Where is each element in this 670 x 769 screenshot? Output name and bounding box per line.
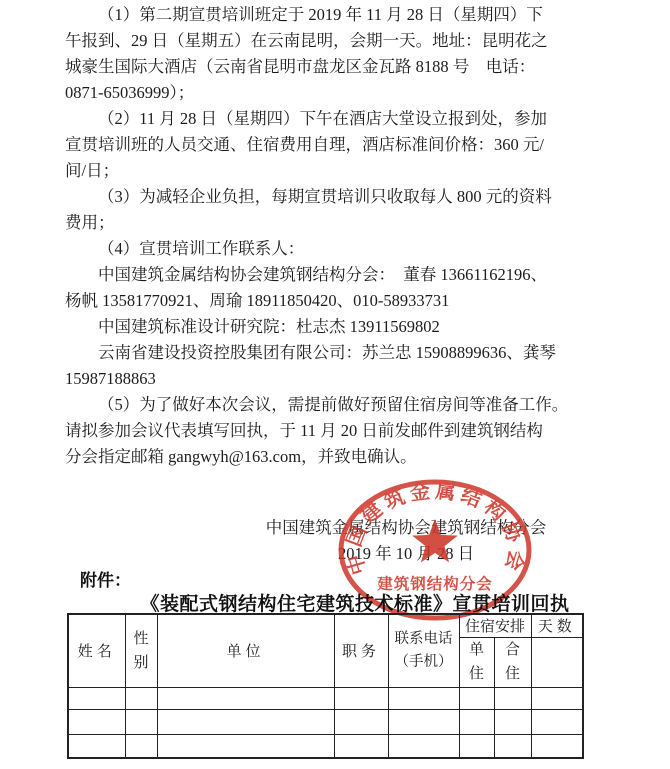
header-shared-room: 合住: [494, 637, 531, 687]
form-cell: [459, 687, 494, 709]
paragraph-4: （4）宣贯培训工作联系人：: [65, 236, 610, 262]
paragraph-3: （3）为减轻企业负担，每期宣贯培训只收取每人 800 元的资料 费用；: [65, 184, 610, 236]
form-cell: [157, 687, 334, 709]
form-cell: [388, 734, 459, 758]
header-accommodation: 住宿安排: [459, 614, 531, 637]
contact-line-yunnan: 云南省建设投资控股集团有限公司：苏兰忠 15908899636、龚琴 15987…: [65, 340, 610, 392]
form-cell: [334, 687, 388, 709]
form-cell: [68, 734, 125, 758]
table-row: [68, 709, 583, 734]
contact-line-association: 中国建筑金属结构协会建筑钢结构分会： 董春 13661162196、 杨帆 13…: [65, 262, 610, 314]
header-organization: 单位: [157, 614, 334, 687]
contact-line-institute: 中国建筑标准设计研究院：杜志杰 13911569802: [65, 314, 610, 340]
attachment-label: 附件：: [80, 566, 131, 591]
attachment-title: 《装配式钢结构住宅建筑技术标准》宣贯培训回执: [98, 589, 612, 616]
notice-body: （1）第二期宣贯培训班定于 2019 年 11 月 28 日（星期四）下 午报到…: [65, 2, 610, 470]
table-row: [68, 734, 583, 758]
header-days: 天数: [531, 614, 583, 637]
form-cell: [68, 709, 125, 734]
header-gender: 性别: [125, 614, 157, 687]
form-cell: [157, 734, 334, 758]
form-cell: [459, 709, 494, 734]
header-days-sub-cell: [531, 637, 583, 687]
form-cell: [531, 734, 583, 758]
paragraph-2: （2）11 月 28 日（星期四）下午在酒店大堂设立报到处，参加 宣贯培训班的人…: [65, 106, 610, 184]
table-row: [68, 687, 583, 709]
form-cell: [494, 687, 531, 709]
form-cell: [494, 734, 531, 758]
star-icon: [412, 519, 458, 562]
reply-form-table: 姓名 性别 单位 职务 联系电话（手机） 住宿安排 天数 单住 合住: [67, 613, 584, 759]
header-position: 职务: [334, 614, 388, 687]
form-cell: [531, 687, 583, 709]
form-cell: [125, 687, 157, 709]
form-cell: [68, 687, 125, 709]
header-single-room: 单住: [459, 637, 494, 687]
paragraph-1: （1）第二期宣贯培训班定于 2019 年 11 月 28 日（星期四）下 午报到…: [65, 2, 610, 106]
form-cell: [531, 709, 583, 734]
form-cell: [125, 734, 157, 758]
header-phone: 联系电话（手机）: [388, 614, 459, 687]
form-cell: [157, 709, 334, 734]
form-cell: [334, 709, 388, 734]
form-cell: [459, 734, 494, 758]
form-cell: [125, 709, 157, 734]
paragraph-5: （5）为了做好本次会议，需提前做好预留住宿房间等准备工作。 请拟参加会议代表填写…: [65, 392, 610, 470]
form-cell: [334, 734, 388, 758]
form-cell: [494, 709, 531, 734]
header-name: 姓名: [68, 614, 125, 687]
form-cell: [388, 709, 459, 734]
document-page: （1）第二期宣贯培训班定于 2019 年 11 月 28 日（星期四）下 午报到…: [0, 0, 670, 769]
form-cell: [388, 687, 459, 709]
